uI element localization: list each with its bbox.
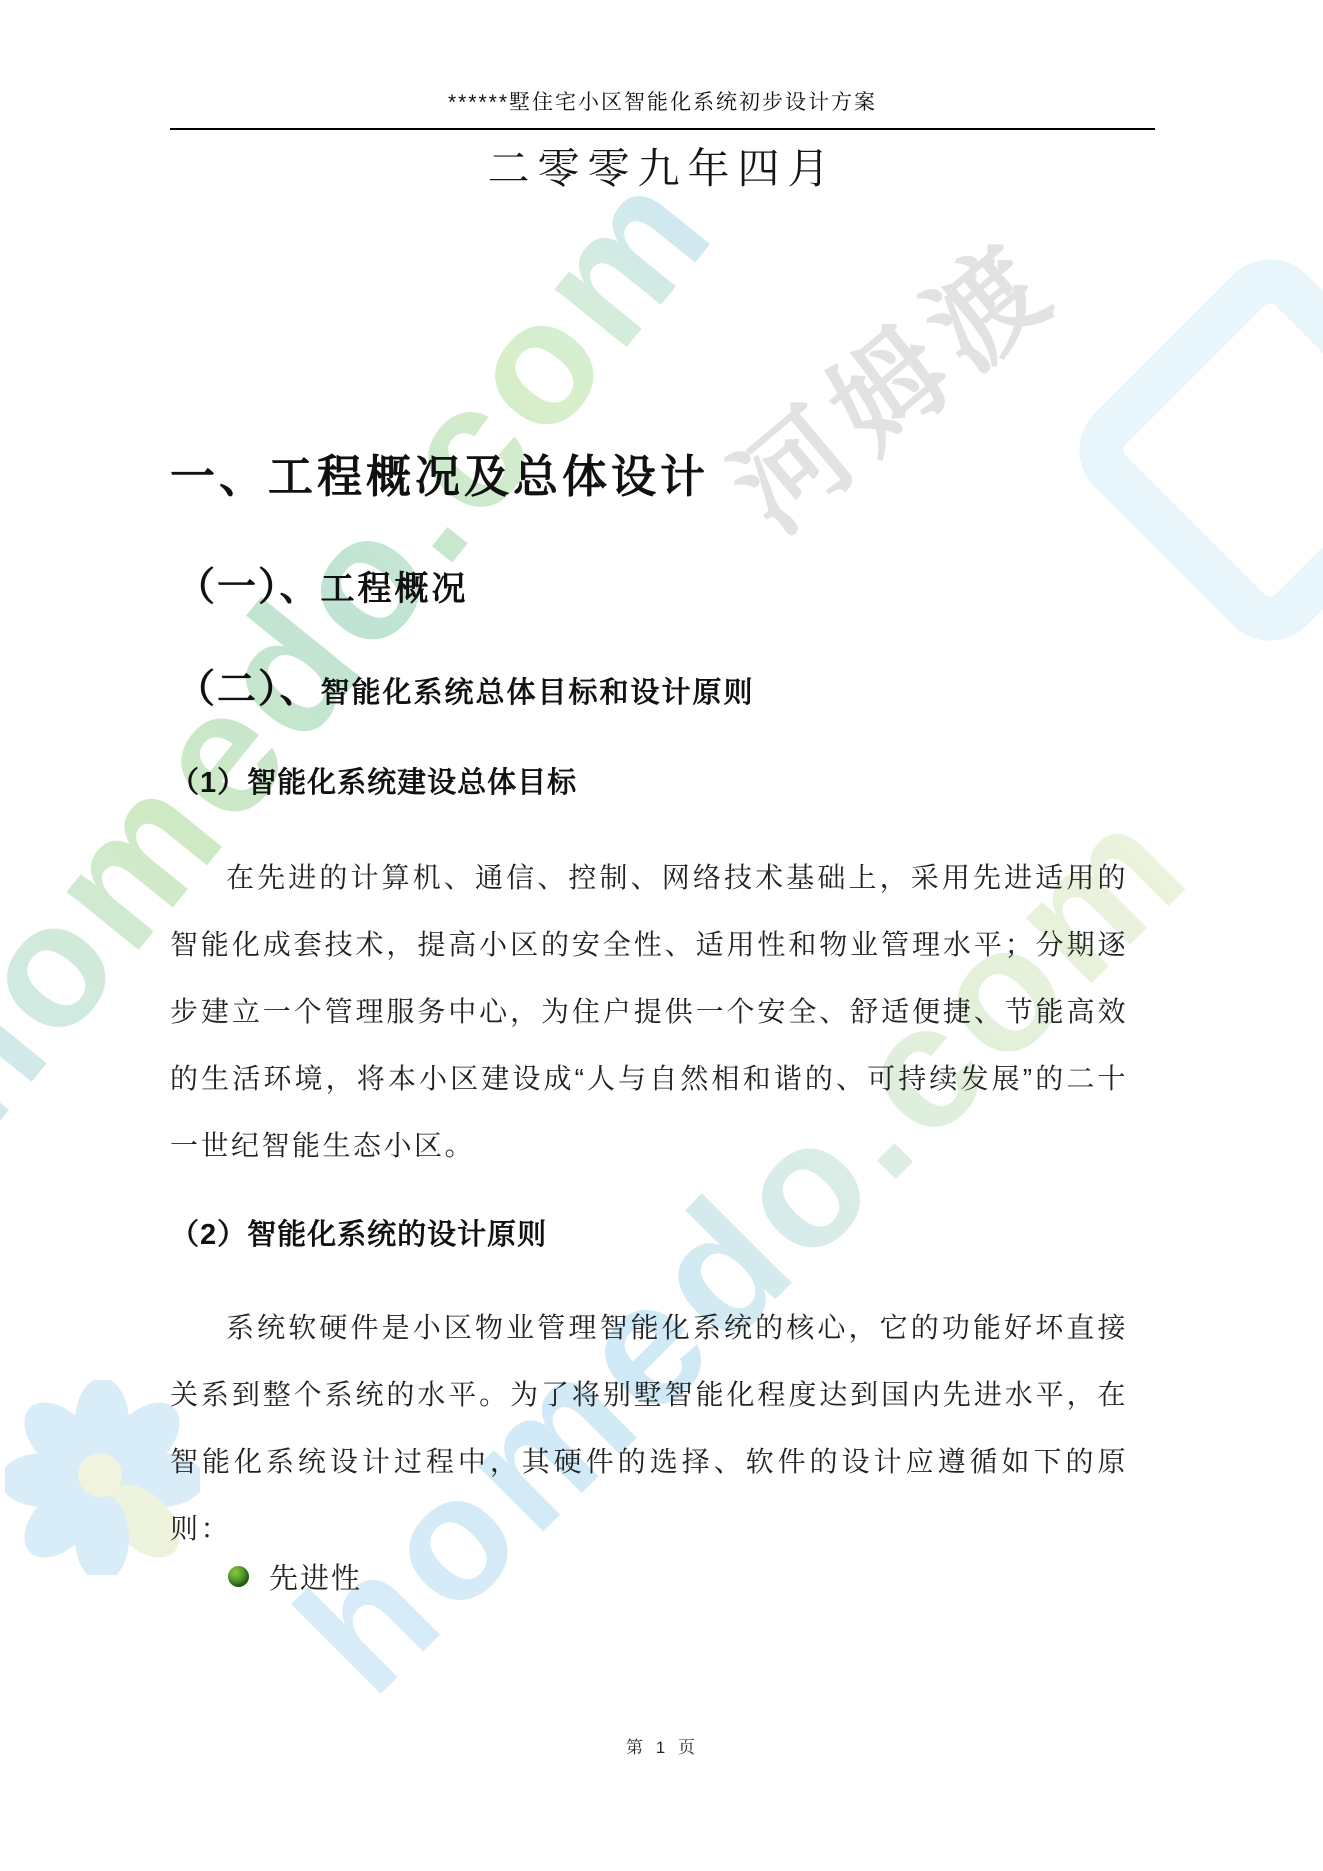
subsection-label: 智能化系统总体目标和设计原则: [321, 677, 755, 709]
page-number-footer: 第 1 页: [170, 1733, 1155, 1758]
page-header-title: ******墅住宅小区智能化系统初步设计方案: [170, 86, 1155, 130]
subsection-number: （二）、: [176, 668, 321, 711]
subsection-number: （一）、: [176, 566, 321, 609]
document-date-title: 二零零九年四月: [170, 136, 1155, 196]
list-item: 先进性: [228, 1556, 362, 1597]
paragraph-goal: 在先进的计算机、通信、控制、网络技术基础上，采用先进适用的智能化成套技术，提高小…: [170, 844, 1128, 1179]
paragraph-principles: 系统软硬件是小区物业管理智能化系统的核心，它的功能好坏直接关系到整个系统的水平。…: [170, 1294, 1128, 1562]
section-heading-1: 一、工程概况及总体设计: [170, 440, 709, 505]
subsection-heading-2: （二）、智能化系统总体目标和设计原则: [176, 658, 755, 714]
list-item-label: 先进性: [269, 1556, 362, 1597]
document-page: homedo.com homedo.com 河姆渡 ******墅住宅小区智能化…: [0, 0, 1323, 1871]
green-sphere-bullet-icon: [228, 1566, 249, 1587]
document-content: ******墅住宅小区智能化系统初步设计方案 二零零九年四月 一、工程概况及总体…: [0, 0, 1323, 1871]
subsection-heading-1: （一）、工程概况: [176, 556, 469, 612]
clause-heading-1: （1）智能化系统建设总体目标: [170, 760, 577, 801]
clause-heading-2: （2）智能化系统的设计原则: [170, 1212, 547, 1253]
subsection-label: 工程概况: [321, 570, 469, 608]
